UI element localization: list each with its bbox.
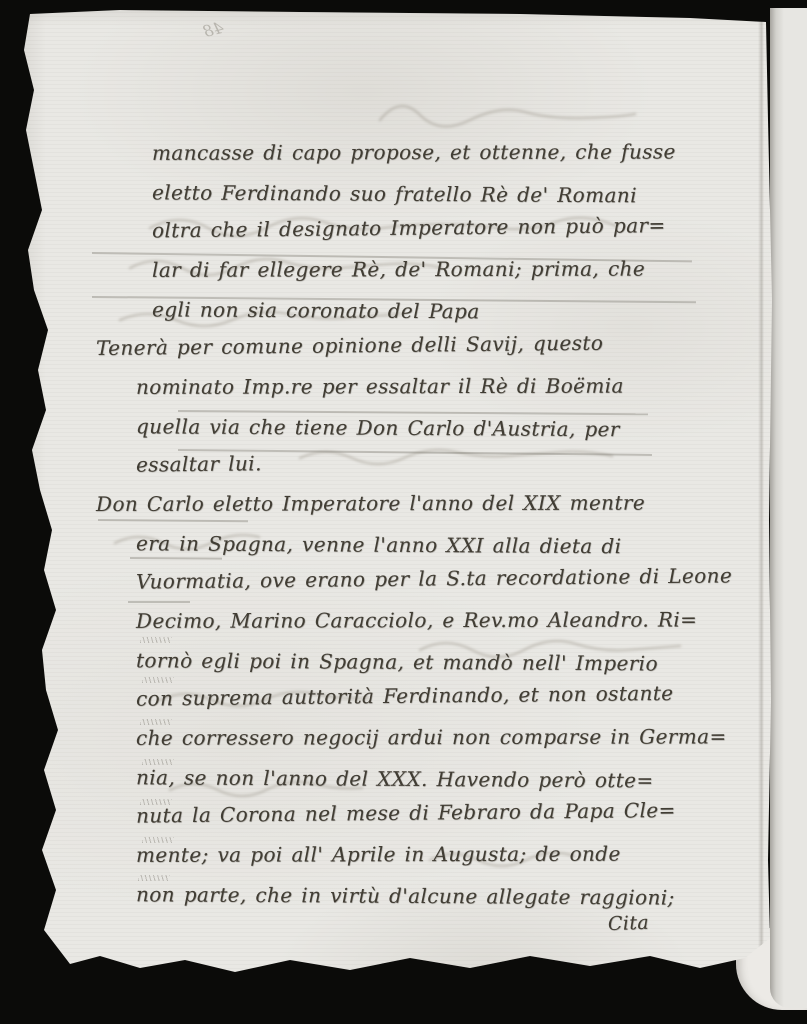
- manuscript-page: 48 mancasse di capo propose, et ottenne,…: [0, 0, 807, 1024]
- manuscript-line: nuta la Corona nel mese di Febraro da Pa…: [96, 790, 726, 836]
- manuscript-line: Vuormatia, ove erano per la S.ta recorda…: [96, 556, 726, 602]
- manuscript-line: Tenerà per comune opinione delli Savij, …: [96, 322, 726, 368]
- manuscript-line: Decimo, Marino Caracciolo, e Rev.mo Alea…: [96, 600, 726, 641]
- manuscript-line: lar di far ellegere Rè, de' Romani; prim…: [96, 249, 726, 290]
- next-page-edge: [770, 8, 807, 1008]
- manuscript-text: mancasse di capo propose, et ottenne, ch…: [96, 134, 726, 948]
- manuscript-line: mancasse di capo propose, et ottenne, ch…: [96, 132, 726, 173]
- photograph-background: 48 mancasse di capo propose, et ottenne,…: [0, 0, 807, 1024]
- manuscript-line: mente; va poi all' Aprile in Augusta; de…: [96, 834, 726, 875]
- page-crease: [758, 14, 764, 954]
- manuscript-line: nominato Imp.re per essaltar il Rè di Bo…: [96, 366, 726, 407]
- manuscript-line: con suprema auttorità Ferdinando, et non…: [96, 673, 726, 719]
- manuscript-line: che corressero negocij ardui non compars…: [96, 717, 726, 758]
- manuscript-line: oltra che il designato Imperatore non pu…: [96, 205, 726, 251]
- manuscript-line: Don Carlo eletto Imperatore l'anno del X…: [96, 483, 726, 524]
- manuscript-line: essaltar lui.: [96, 439, 726, 485]
